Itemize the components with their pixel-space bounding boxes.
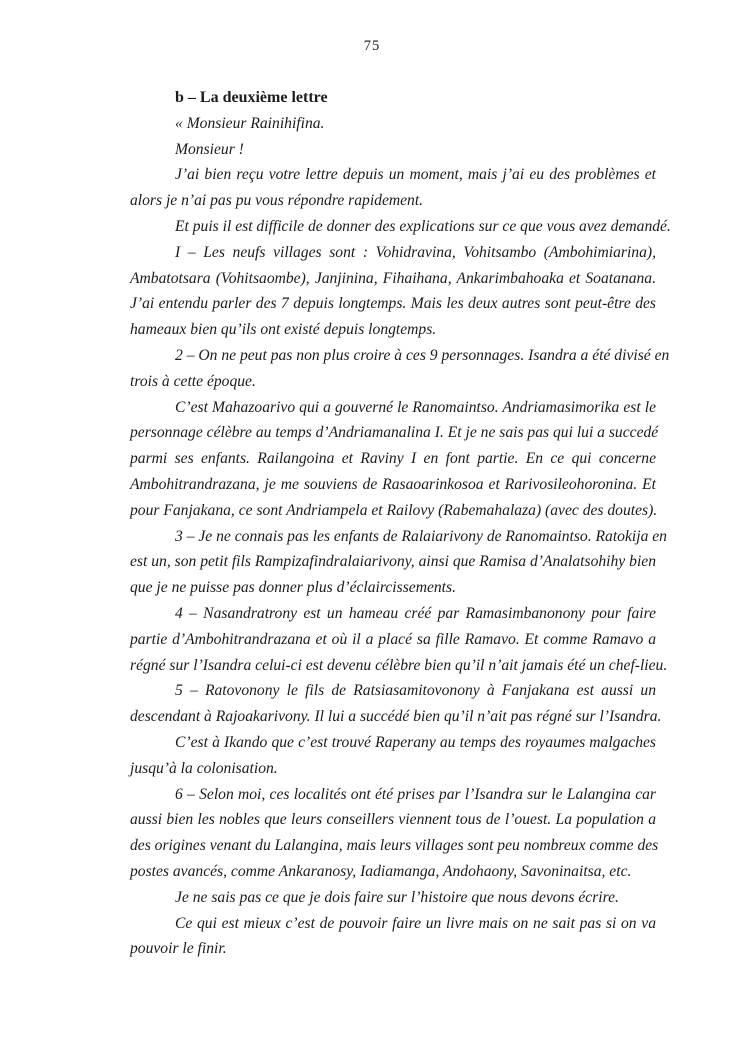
text-line: Ce qui est mieux c’est de pouvoir faire … bbox=[130, 911, 656, 937]
paragraph: I – Les neufs villages sont : Vohidravin… bbox=[130, 240, 656, 343]
paragraph: C’est Mahazoarivo qui a gouverné le Rano… bbox=[130, 395, 656, 524]
paragraph: 6 – Selon moi, ces localités ont été pri… bbox=[130, 782, 656, 885]
text-line: C’est à Ikando que c’est trouvé Raperany… bbox=[130, 730, 656, 756]
text-line: jusqu’à la colonisation. bbox=[130, 756, 656, 782]
text-line: Ambatotsara (Vohitsaombe), Janjinina, Fi… bbox=[130, 266, 656, 292]
text-line: postes avancés, comme Ankaranosy, Iadiam… bbox=[130, 859, 656, 885]
text-line: J’ai bien reçu votre lettre depuis un mo… bbox=[130, 162, 656, 188]
text-line: Je ne sais pas ce que je dois faire sur … bbox=[130, 885, 656, 911]
text-line: 5 – Ratovonony le fils de Ratsiasamitovo… bbox=[130, 678, 656, 704]
paragraph: Monsieur ! bbox=[130, 137, 656, 163]
text-line: I – Les neufs villages sont : Vohidravin… bbox=[130, 240, 656, 266]
text-line: pour Fanjakana, ce sont Andriampela et R… bbox=[130, 498, 656, 524]
paragraph: « Monsieur Rainihifina. bbox=[130, 111, 656, 137]
text-line: partie d’Ambohitrandrazana et où il a pl… bbox=[130, 627, 656, 653]
section-heading: b – La deuxième lettre bbox=[130, 85, 656, 111]
text-line: C’est Mahazoarivo qui a gouverné le Rano… bbox=[130, 395, 656, 421]
paragraph: C’est à Ikando que c’est trouvé Raperany… bbox=[130, 730, 656, 782]
text-line: trois à cette époque. bbox=[130, 369, 656, 395]
text-line: « Monsieur Rainihifina. bbox=[130, 111, 656, 137]
text-line: aussi bien les nobles que leurs conseill… bbox=[130, 807, 656, 833]
text-line: 6 – Selon moi, ces localités ont été pri… bbox=[130, 782, 656, 808]
text-line: que je ne puisse pas donner plus d’éclai… bbox=[130, 575, 656, 601]
text-line: alors je n’ai pas pu vous répondre rapid… bbox=[130, 188, 656, 214]
paragraph: J’ai bien reçu votre lettre depuis un mo… bbox=[130, 162, 656, 214]
text-line: est un, son petit fils Rampizafindralaia… bbox=[130, 549, 656, 575]
text-line: des origines venant du Lalangina, mais l… bbox=[130, 833, 656, 859]
text-line: parmi ses enfants. Railangoina et Raviny… bbox=[130, 446, 656, 472]
paragraph: 3 – Je ne connais pas les enfants de Ral… bbox=[130, 524, 656, 601]
text-line: pouvoir le finir. bbox=[130, 936, 656, 962]
paragraph: 4 – Nasandratrony est un hameau créé par… bbox=[130, 601, 656, 678]
text-line: 2 – On ne peut pas non plus croire à ces… bbox=[130, 343, 656, 369]
text-line: hameaux bien qu’ils ont existé depuis lo… bbox=[130, 317, 656, 343]
letter-body: b – La deuxième lettre« Monsieur Rainihi… bbox=[130, 85, 656, 962]
paragraph: Ce qui est mieux c’est de pouvoir faire … bbox=[130, 911, 656, 963]
paragraph: 2 – On ne peut pas non plus croire à ces… bbox=[130, 343, 656, 395]
text-line: 4 – Nasandratrony est un hameau créé par… bbox=[130, 601, 656, 627]
text-line: régné sur l’Isandra celui-ci est devenu … bbox=[130, 653, 656, 679]
paragraph: 5 – Ratovonony le fils de Ratsiasamitovo… bbox=[130, 678, 656, 730]
paragraph: Et puis il est difficile de donner des e… bbox=[130, 214, 656, 240]
text-line: Et puis il est difficile de donner des e… bbox=[130, 214, 656, 240]
text-line: descendant à Rajoakarivony. Il lui a suc… bbox=[130, 704, 656, 730]
text-line: Monsieur ! bbox=[130, 137, 656, 163]
text-line: Ambohitrandrazana, je me souviens de Ras… bbox=[130, 472, 656, 498]
text-line: personnage célèbre au temps d’Andriamana… bbox=[130, 420, 656, 446]
page-number: 75 bbox=[0, 38, 744, 55]
text-line: b – La deuxième lettre bbox=[130, 85, 656, 111]
paragraph: Je ne sais pas ce que je dois faire sur … bbox=[130, 885, 656, 911]
text-line: J’ai entendu parler des 7 depuis longtem… bbox=[130, 291, 656, 317]
text-line: 3 – Je ne connais pas les enfants de Ral… bbox=[130, 524, 656, 550]
